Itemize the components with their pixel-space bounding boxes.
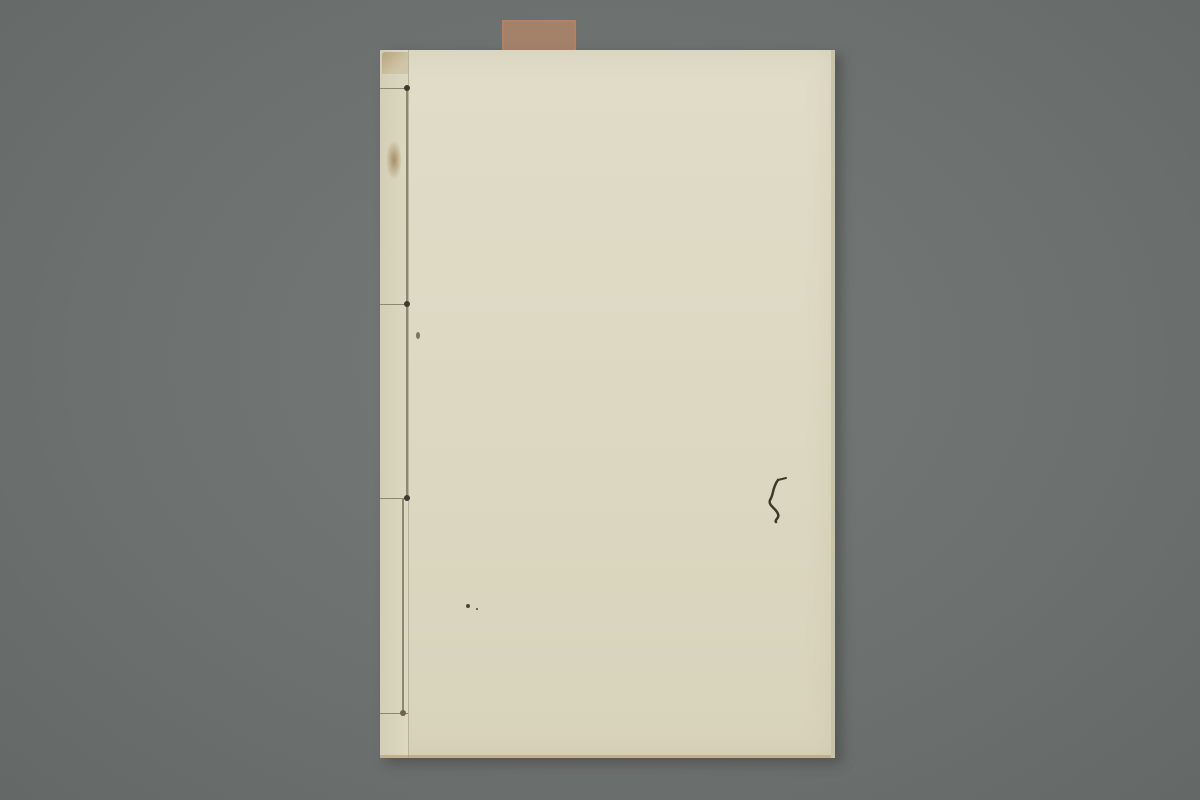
binding-thread xyxy=(406,306,408,498)
book-cover xyxy=(380,50,835,758)
corner-reinforcement xyxy=(382,52,408,74)
speck-mark xyxy=(466,604,470,608)
speck-mark xyxy=(416,332,420,339)
spine-stain xyxy=(386,140,402,180)
binding-thread xyxy=(406,88,408,306)
book-bottom-edge xyxy=(380,755,835,758)
wormhole-mark xyxy=(760,470,800,530)
stitch-hole xyxy=(404,301,410,307)
binding-thread xyxy=(402,498,404,716)
stitch-hole xyxy=(404,495,410,501)
stitch-hole xyxy=(400,710,406,716)
speck-mark xyxy=(476,608,478,610)
stitch-hole xyxy=(404,85,410,91)
